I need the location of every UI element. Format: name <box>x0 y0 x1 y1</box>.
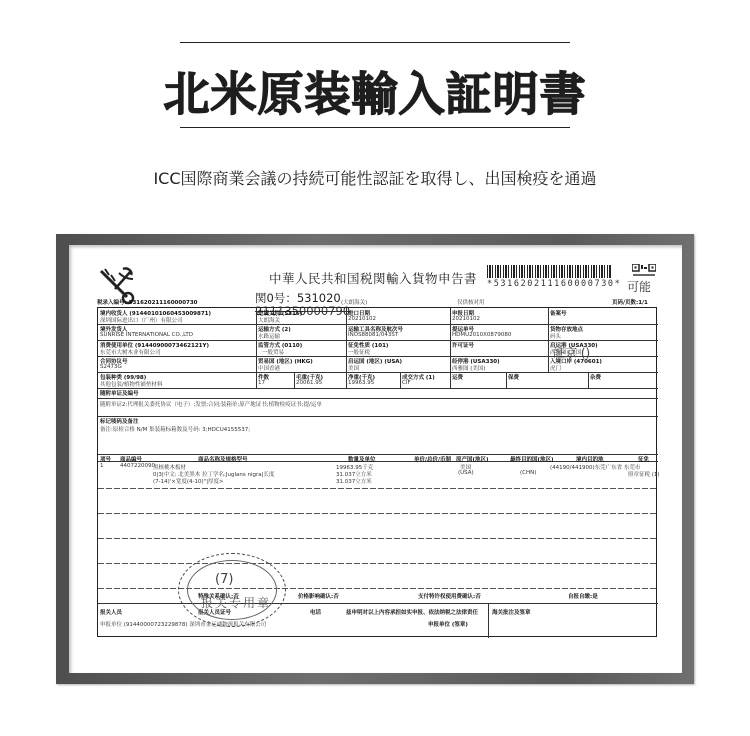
attached-docs-value: 随附单证2:代理报关委托协议（电子）;发票;合同;装箱单;原产地证书;植物检疫证… <box>100 400 322 408</box>
royalty-confirmation: 支付特许权使用费确认:否 <box>418 592 481 600</box>
deal-mode-value: CIF <box>402 380 411 386</box>
goods-header-origin: 原产国(地区) <box>456 455 489 463</box>
levy-nature-value: 一般征税 <box>348 348 370 356</box>
goods-header-name: 商品名称及规格型号 <box>198 455 248 463</box>
goods-dest-domestic: (44190/441900)东莞广东省 东莞市 <box>550 463 640 471</box>
title-rule-bottom <box>180 127 570 128</box>
goods-levy: 照章征税 (1) <box>628 470 660 478</box>
declare-date-value: 20210102 <box>452 316 480 322</box>
bill-of-lading-value: HDMU2010X0879080 <box>452 332 511 338</box>
barcode-number: *531620211160000730* <box>487 279 613 289</box>
customs-declaration: 中華人民共和国税関輸入貨物申告書 *531620211160000730* 可能… <box>69 245 682 673</box>
net-weight-value: 19963.95 <box>348 380 374 386</box>
license-label: 许可证号 <box>452 341 474 349</box>
qr-caption: 可能 <box>627 278 651 295</box>
goods-header-dest-country: 最终目的国(地区) <box>510 455 554 463</box>
customs-remarks: 海关批注及签章 <box>492 608 531 616</box>
port-note: (大朗海关) <box>341 298 367 306</box>
insurance-label: 保费 <box>508 373 519 381</box>
vessel-value: INOS88081/043ST <box>348 332 398 338</box>
declaration-statement: 兹申明对以上内容承担如实申报、依法纳税之法律责任 <box>346 608 478 616</box>
goods-header-no: 项号 <box>100 455 111 463</box>
consignee-value: 深圳国际进出口（广州）有限公司 <box>100 316 183 324</box>
consumer-value: 东莞市大树木业有限公司 <box>100 348 161 356</box>
declarant-label: 报关人员 <box>100 608 122 616</box>
page-count: 页码/页数:1/1 <box>612 298 648 306</box>
goods-header-levy: 征免 <box>638 455 649 463</box>
goods-dest-code: (CHN) <box>520 470 536 476</box>
goods-spec-2: (7-14)'×宽度(4-10)"|厚度> <box>153 477 224 485</box>
page-subtitle: ICC国際商業会議の持続可能性認証を取得し、出国検疫を通過 <box>0 166 750 189</box>
import-date-value: 20210102 <box>348 316 376 322</box>
goods-header-dest: 境内目的地 <box>576 455 604 463</box>
page: 北米原装輸入証明書 ICC国際商業会議の持続可能性認証を取得し、出国検疫を通過 … <box>0 0 750 736</box>
self-report: 自报自缴:是 <box>568 592 598 600</box>
title-rule-top <box>180 42 570 43</box>
barcode <box>487 265 611 278</box>
shipper-value: SUNRISE INTERNATIONAL CO.,LTD <box>100 332 193 338</box>
goods-no: 1 <box>100 463 104 469</box>
package-type-value: 其他包装/植物性铺垫材料 <box>100 380 162 388</box>
stop-port-value: 西雅图 (美国) <box>452 364 486 372</box>
storage-location-value: 码头 <box>550 332 561 340</box>
seal-text: 报关专用章 <box>201 594 271 611</box>
goods-origin-code: (USA) <box>458 470 474 476</box>
page-title: 北米原装輸入証明書 <box>0 58 750 124</box>
origin-country-value: 美国 <box>348 364 359 372</box>
goods-header-price: 单价/总价/币制 <box>414 455 451 463</box>
pieces-value: 17 <box>258 380 265 386</box>
goods-code: 4407220090 <box>120 463 155 469</box>
gross-weight-value: 20061.95 <box>296 380 322 386</box>
seal-number: (7) <box>215 572 233 587</box>
entry-port-value: 虎门 <box>550 364 561 372</box>
marks-value: 备注:原检合格 N/M 集装箱标箱数及号码: 3;HDCU4155537; <box>100 425 250 433</box>
goods-header-code: 商品编号 <box>120 455 142 463</box>
transport-mode-value: 水路运输 <box>258 332 280 340</box>
goods-qty-3: 31.037立方米 <box>336 477 372 485</box>
use-only-note: 仅供核对用 <box>457 298 485 306</box>
declaration-grid: 境内收货人 (91440101060453009871) 深圳国际进出口（广州）… <box>97 307 657 637</box>
trade-country-value: 中国香港 <box>258 364 280 372</box>
declaration-title: 中華人民共和国税関輸入貨物申告書 <box>269 269 477 287</box>
freight-label: 运费 <box>452 373 463 381</box>
entry-number: 税录入编号: 531620211160000730 <box>97 298 198 306</box>
phone-label: 电话 <box>310 608 321 616</box>
record-no-label: 备案号 <box>550 309 567 317</box>
supervision-value: 一般贸易 <box>262 348 284 356</box>
attached-docs-label: 随附单证及编号 <box>100 389 139 397</box>
misc-fee-label: 杂费 <box>590 373 601 381</box>
official-seal: (7) 报关专用章 <box>178 553 286 627</box>
price-influence: 价格影响确认:否 <box>298 592 339 600</box>
marks-label: 标记唛码及备注 <box>100 417 139 425</box>
goods-header-qty: 数量及单位 <box>348 455 376 463</box>
document-frame: 中華人民共和国税関輸入貨物申告書 *531620211160000730* 可能… <box>56 234 694 684</box>
entry-customs-value: 大朗海关 <box>258 316 280 324</box>
declaring-unit-seal: 申报单位 (签章) <box>428 620 468 628</box>
contract-value: S2473G <box>100 364 122 370</box>
